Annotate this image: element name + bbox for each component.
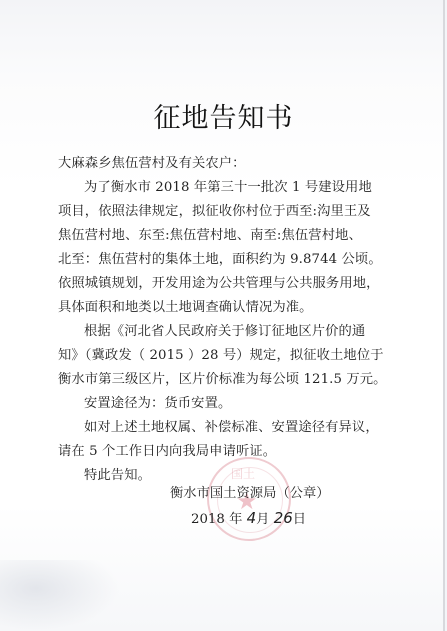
seal-text: 国土	[231, 465, 255, 482]
document-title: 征地告知书	[0, 96, 447, 135]
date-year: 2018 年	[191, 512, 242, 527]
date-month-handwritten: 4	[247, 509, 257, 527]
paragraph-2-line-3: 衡水市第三级区片，区片价标准为每公顷 121.5 万元。	[58, 371, 387, 389]
paragraph-3-line-1: 安置途径为：货币安置。	[84, 395, 231, 413]
paragraph-4-line-1: 如对上述土地权属、补偿标准、安置途径有异议，	[84, 419, 379, 437]
paragraph-1-line-5: 依照城镇规划，开发用途为公共管理与公共服务用地，	[58, 275, 380, 293]
scan-shadow	[0, 560, 120, 631]
date-month-label: 月	[256, 512, 269, 527]
paragraph-5-line-1: 特此告知。	[84, 467, 151, 485]
paragraph-1-line-4: 北至：焦伍营村的集体土地，面积约为 9.8744 公顷。	[58, 251, 382, 269]
document-page: 征地告知书 大麻森乡焦伍营村及有关农户： 为了衡水市 2018 年第三十一批次 …	[0, 0, 445, 631]
paragraph-1-line-3: 焦伍营村地、东至:焦伍营村地、南至:焦伍营村地、	[58, 227, 362, 245]
paragraph-1-line-1: 为了衡水市 2018 年第三十一批次 1 号建设用地	[84, 179, 372, 197]
paragraph-1-line-6: 具体面积和地类以土地调查确认情况为准。	[58, 299, 313, 317]
salutation: 大麻森乡焦伍营村及有关农户：	[58, 155, 246, 173]
issuer-signature: 衡水市国土资源局（公章）	[170, 485, 330, 503]
paragraph-2-line-1: 根据《河北省人民政府关于修订征地区片价的通	[84, 323, 365, 341]
paragraph-2-line-2: 知》（冀政发（ 2015 ）28 号）规定，拟征收土地位于	[58, 347, 384, 365]
date-day-label: 日	[293, 512, 306, 527]
date-day-handwritten: 26	[274, 509, 293, 527]
paragraph-1-line-2: 项目，依照法律规定，拟征收你村位于西至:沟里王及	[58, 203, 371, 221]
issue-date: 2018 年 4月 26日	[191, 509, 306, 529]
